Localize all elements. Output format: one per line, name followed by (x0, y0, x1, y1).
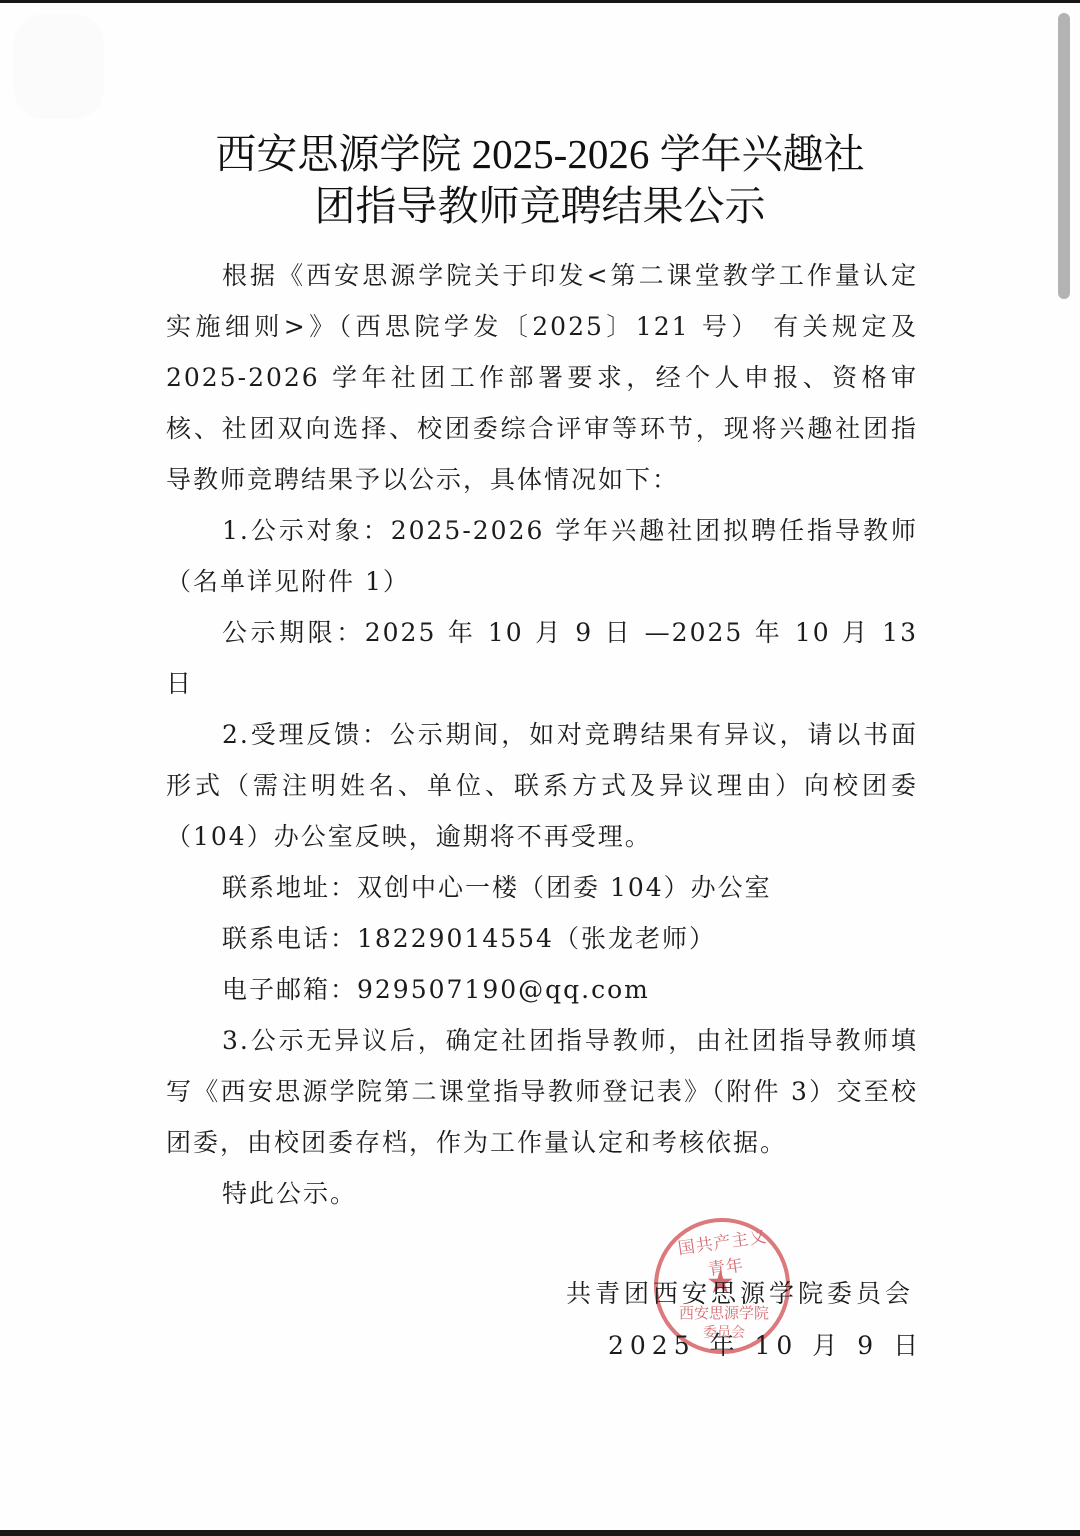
intro-paragraph: 根据《西安思源学院关于印发<第二课堂教学工作量认定实施细则>》（西思院学发〔20… (166, 250, 918, 505)
title-line-2: 团指导教师竞聘结果公示 (315, 183, 766, 229)
contact-email: 电子邮箱：929507190@qq.com (166, 964, 918, 1015)
document-body: 根据《西安思源学院关于印发<第二课堂教学工作量认定实施细则>》（西思院学发〔20… (166, 250, 918, 1219)
document-title: 西安思源学院 2025-2026 学年兴趣社 团指导教师竞聘结果公示 (150, 128, 930, 232)
contact-phone: 联系电话：18229014554（张龙老师） (166, 913, 918, 964)
item-3-registration: 3.公示无异议后，确定社团指导教师，由社团指导教师填写《西安思源学院第二课堂指导… (166, 1015, 918, 1168)
signing-date: 2025 年 10 月 9 日 (566, 1320, 926, 1372)
closing-statement: 特此公示。 (166, 1168, 918, 1219)
signature-block: 共青团西安思源学院委员会 2025 年 10 月 9 日 (566, 1268, 926, 1372)
title-line-1: 西安思源学院 2025-2026 学年兴趣社 (215, 131, 864, 177)
signing-organization: 共青团西安思源学院委员会 (566, 1268, 926, 1320)
contact-address: 联系地址：双创中心一楼（团委 104）办公室 (166, 862, 918, 913)
publicity-period: 公示期限：2025 年 10 月 9 日 —2025 年 10 月 13 日 (166, 607, 918, 709)
top-status-bar (0, 0, 1080, 3)
faint-watermark (14, 14, 104, 119)
item-2-feedback: 2.受理反馈：公示期间，如对竞聘结果有异议，请以书面形式（需注明姓名、单位、联系… (166, 709, 918, 862)
item-1-target: 1.公示对象：2025-2026 学年兴趣社团拟聘任指导教师（名单详见附件 1） (166, 505, 918, 607)
bottom-bar (0, 1530, 1080, 1536)
vertical-scrollbar[interactable] (1058, 13, 1070, 299)
